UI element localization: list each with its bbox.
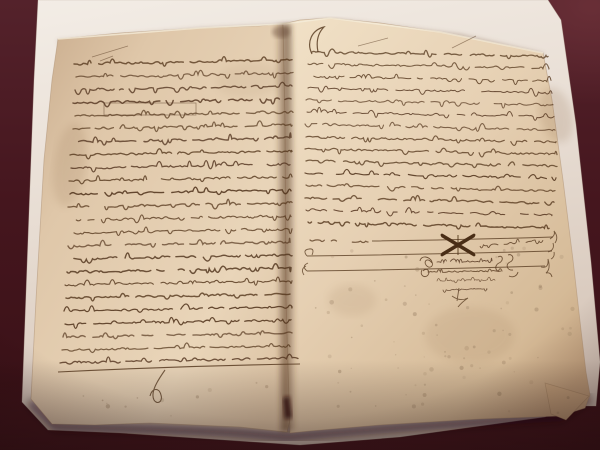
photo-bottom-shade: [0, 0, 600, 450]
manuscript-photo: [0, 0, 600, 450]
manuscript-photo-canvas: [0, 0, 600, 450]
